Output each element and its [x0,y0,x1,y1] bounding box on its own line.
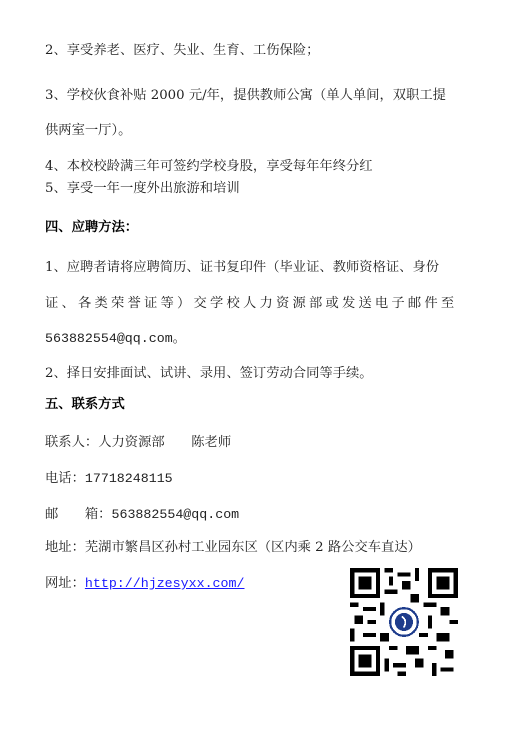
benefit-item-5: 5、享受一年一度外出旅游和培训 [45,180,240,198]
contact-email-label: 邮 箱： [45,507,111,522]
contact-address-value: 芜湖市繁昌区孙村工业园东区（区内乘 2 路公交车直达） [85,540,421,555]
benefit-item-2: 2、享受养老、医疗、失业、生育、工伤保险； [45,42,319,60]
contact-person-label: 联系人： [45,435,98,450]
website-link[interactable]: http://hjzesyxx.com/ [85,576,245,591]
application-item-2: 2、择日安排面试、试讲、录用、签订劳动合同等手续。 [45,365,373,383]
benefit-item-4: 4、本校校龄满三年可签约学校身股，享受每年年终分红 [45,158,373,176]
application-item-1-line-3: 563882554@qq.com。 [45,330,186,348]
contact-phone-label: 电话： [45,471,85,486]
contact-phone-row: 电话：17718248115 [45,470,173,488]
section-heading-application: 四、应聘方法： [45,219,138,237]
application-item-1-line-1: 1、应聘者请将应聘简历、证书复印件（毕业证、教师资格证、身份 [45,259,439,277]
contact-website-label: 网址： [45,576,85,591]
contact-website-row: 网址：http://hjzesyxx.com/ [45,575,244,593]
qr-code-icon [350,568,458,676]
benefit-item-3-line-2: 供两室一厅）。 [45,122,131,140]
contact-address-row: 地址：芜湖市繁昌区孙村工业园东区（区内乘 2 路公交车直达） [45,539,421,557]
contact-address-label: 地址： [45,540,85,555]
contact-email-row: 邮 箱：563882554@qq.com [45,506,239,524]
application-item-1-line-2: 证、各类荣誉证等）交学校人力资源部或发送电子邮件至 [45,295,457,313]
benefit-item-3-line-1: 3、学校伙食补贴 2000 元/年，提供教师公寓（单人单间，双职工提 [45,87,446,105]
section-heading-contact: 五、联系方式 [45,396,125,414]
contact-phone-value: 17718248115 [85,471,173,486]
contact-person-value: 人力资源部 陈老师 [98,435,231,450]
contact-person-row: 联系人：人力资源部 陈老师 [45,434,231,452]
contact-email-value: 563882554@qq.com [111,507,239,522]
